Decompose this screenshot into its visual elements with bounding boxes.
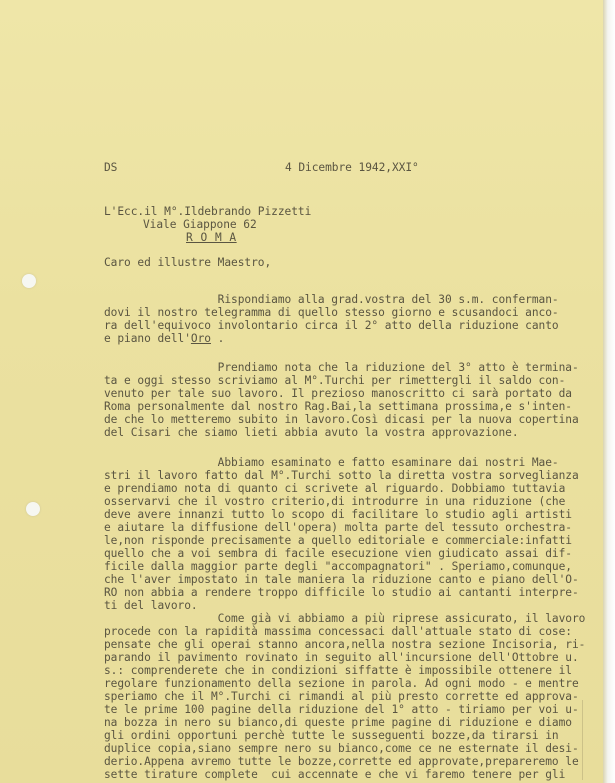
text-line: deve avere innanzi tutto lo scopo di fac… <box>104 508 572 521</box>
text-line: derio.Appena avremo tutte le bozze,corre… <box>104 755 579 768</box>
addressee-street: Viale Giappone 62 <box>143 218 257 231</box>
text-line: quello che a voi sembra di facile esecuz… <box>104 547 572 560</box>
text-line: dovi il nostro telegramma di quello stes… <box>104 306 559 319</box>
text-line: stri il lavoro fatto dal M°.Turchi sotto… <box>104 469 579 482</box>
text-line: e prendiamo nota di quanto ci scrivete a… <box>104 482 565 495</box>
text-fragment: . <box>211 332 224 345</box>
text-line: Prendiamo nota che la riduzione del 3° a… <box>104 361 579 374</box>
text-line: Come già vi abbiamo a più riprese assicu… <box>104 612 585 625</box>
text-line: ficile dalla maggior parte degli "accomp… <box>104 560 572 573</box>
punch-hole-top <box>22 274 36 288</box>
text-line: Rispondiamo alla grad.vostra del 30 s.m.… <box>104 293 559 306</box>
punch-hole-bottom <box>26 502 40 516</box>
text-line: e piano dell'Oro . <box>104 332 224 345</box>
text-line: ti del lavoro. <box>104 599 198 612</box>
text-line: gli ordini opportuni perchè tutte le sus… <box>104 729 559 742</box>
text-line: speriamo che il M°.Turchi ci rimandi al … <box>104 690 579 703</box>
paper-crease <box>582 700 583 780</box>
text-line: che l'aver impostato in tale maniera la … <box>104 573 579 586</box>
text-line: pensate che gli operai stanno ancora,nel… <box>104 638 585 651</box>
text-line: ra dell'equivoco involontario circa il 2… <box>104 319 559 332</box>
opera-title: Oro <box>191 332 211 345</box>
text-line: procede con la rapidità massima concessa… <box>104 625 572 638</box>
text-line: osservarvi che il vostro criterio,di int… <box>104 495 565 508</box>
text-line: na bozza in nero su bianco,di queste pri… <box>104 716 572 729</box>
text-line: te le prime 100 pagine della riduzione d… <box>104 703 579 716</box>
text-line: Abbiamo esaminato e fatto esaminare dai … <box>104 456 559 469</box>
text-line: duplice copia,siano sempre nero su bianc… <box>104 742 579 755</box>
text-line: del Cisari che siamo lieti abbia avuto l… <box>104 426 519 439</box>
text-line: de che lo metteremo subito in lavoro.Cos… <box>104 413 579 426</box>
letter-date: 4 Dicembre 1942,XXI° <box>285 161 419 174</box>
text-line: le,non risponde precisamente a quello ed… <box>104 534 572 547</box>
addressee-name: L'Ecc.il M°.Ildebrando Pizzetti <box>104 205 311 218</box>
text-line: ta e oggi stesso scriviamo al M°.Turchi … <box>104 374 565 387</box>
salutation: Caro ed illustre Maestro, <box>104 256 271 269</box>
text-line: parando il pavimento rovinato in seguito… <box>104 651 579 664</box>
sender-initials: DS <box>104 161 117 174</box>
text-line: Roma personalmente dal nostro Rag.Bai,la… <box>104 400 572 413</box>
page-edge <box>603 0 615 783</box>
text-line: s.: comprenderete che in condizioni siff… <box>104 664 572 677</box>
text-line: RO non abbia a rendere troppo difficile … <box>104 586 579 599</box>
text-line: venuto per tale suo lavoro. Il prezioso … <box>104 387 572 400</box>
text-line: regolare funzionamento della sezione in … <box>104 677 579 690</box>
text-fragment: e piano dell' <box>104 332 191 345</box>
text-line: e aiutare la diffusione dell'opera) molt… <box>104 521 572 534</box>
text-line: sette tirature complete cui accennate e … <box>104 768 565 781</box>
addressee-city: R O M A <box>186 231 237 244</box>
